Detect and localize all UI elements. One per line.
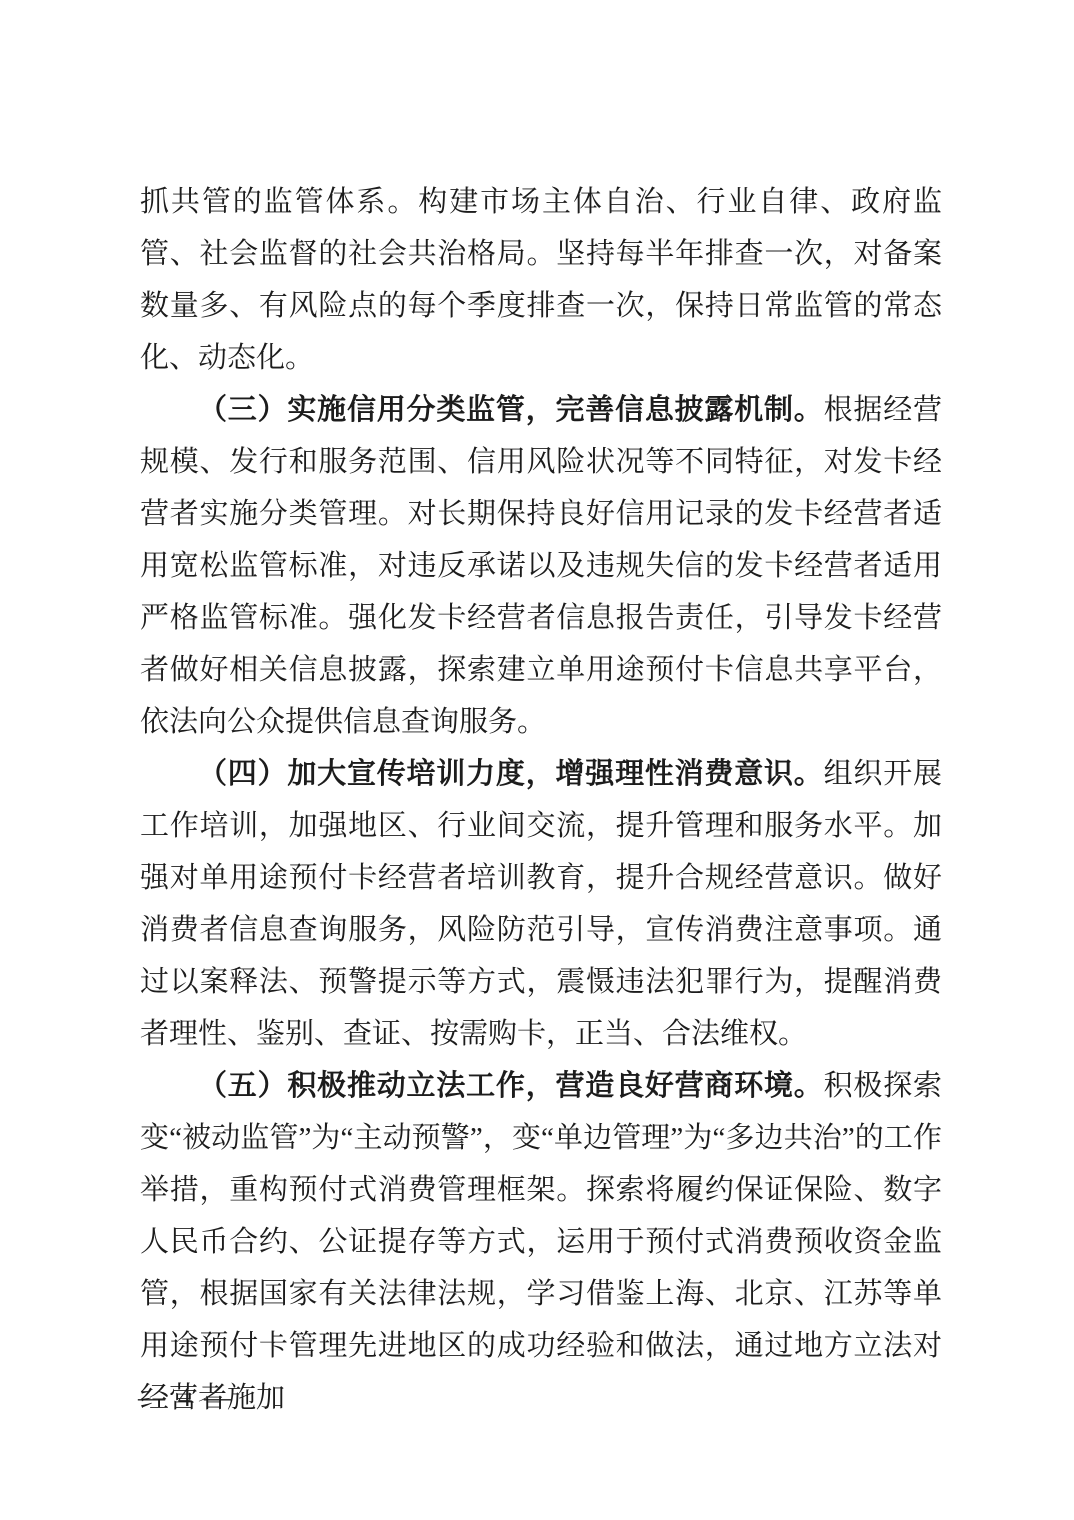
section-heading-run: （三）实施信用分类监管，完善信息披露机制。 — [198, 394, 824, 426]
page-number: — 4 — — [138, 1382, 234, 1413]
section-heading-run: （四）加大宣传培训力度，增强理性消费意识。 — [198, 758, 824, 790]
document-page: 抓共管的监管体系。构建市场主体自治、行业自律、政府监管、社会监督的社会共治格局。… — [0, 0, 1074, 1520]
document-body: 抓共管的监管体系。构建市场主体自治、行业自律、政府监管、社会监督的社会共治格局。… — [140, 176, 942, 1424]
paragraph-section-4: （四）加大宣传培训力度，增强理性消费意识。组织开展工作培训，加强地区、行业间交流… — [140, 748, 942, 1060]
body-text-run: 积极探索变“被动监管”为“主动预警”，变“单边管理”为“多边共治”的工作举措，重… — [140, 1070, 942, 1414]
body-text-run: 根据经营规模、发行和服务范围、信用风险状况等不同特征，对发卡经营者实施分类管理。… — [140, 394, 942, 738]
paragraph-section-5: （五）积极推动立法工作，营造良好营商环境。积极探索变“被动监管”为“主动预警”，… — [140, 1060, 942, 1424]
paragraph-section-3: （三）实施信用分类监管，完善信息披露机制。根据经营规模、发行和服务范围、信用风险… — [140, 384, 942, 748]
body-text-run: 组织开展工作培训，加强地区、行业间交流，提升管理和服务水平。加强对单用途预付卡经… — [140, 758, 942, 1050]
body-text-run: 抓共管的监管体系。构建市场主体自治、行业自律、政府监管、社会监督的社会共治格局。… — [140, 186, 942, 374]
section-heading-run: （五）积极推动立法工作，营造良好营商环境。 — [198, 1070, 824, 1102]
paragraph-continued: 抓共管的监管体系。构建市场主体自治、行业自律、政府监管、社会监督的社会共治格局。… — [140, 176, 942, 384]
